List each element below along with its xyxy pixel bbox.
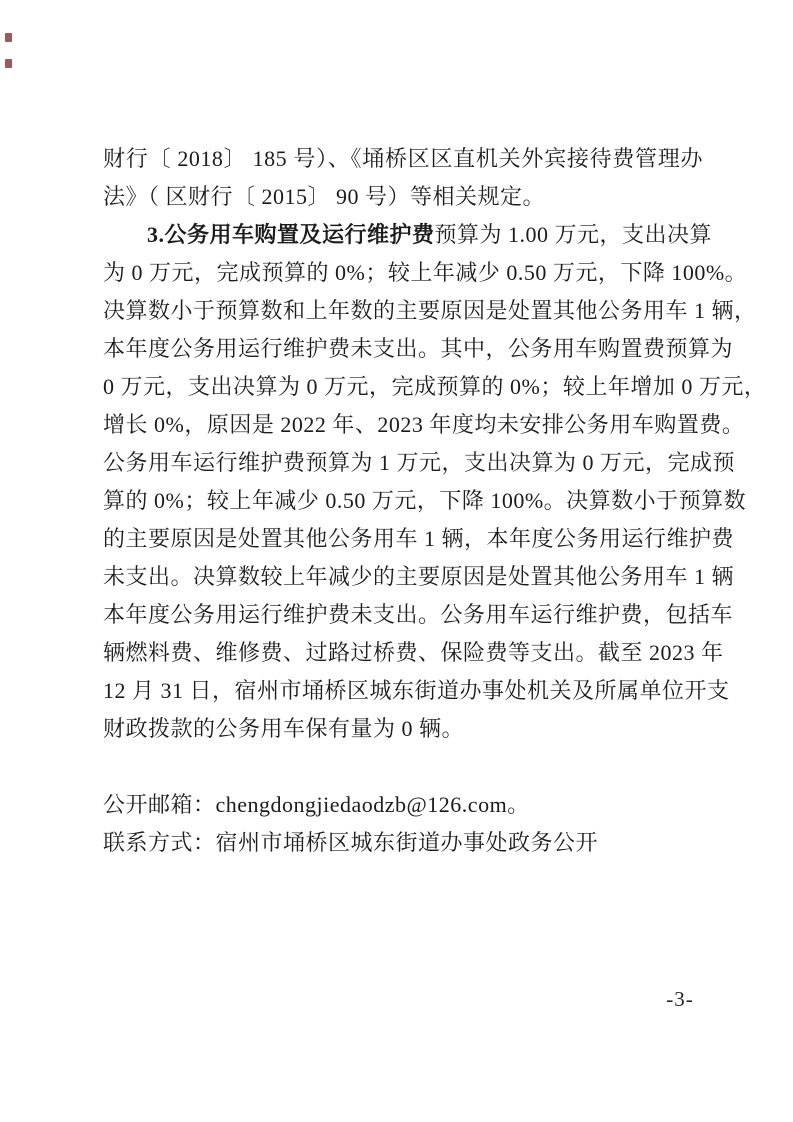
text-line: 财行〔 2018〕 185 号）、《埇桥区区直机关外宾接待费管理办: [103, 140, 703, 178]
text-line: 决算数小于预算数和上年数的主要原因是处置其他公务用车 1 辆，: [103, 292, 703, 330]
text-line: 本年度公务用运行维护费未支出。公务用车运行维护费，包括车: [103, 596, 703, 634]
text-line: 的主要原因是处置其他公务用车 1 辆，本年度公务用运行维护费: [103, 520, 703, 558]
text-line: 12 月 31 日，宿州市埇桥区城东街道办事处机关及所属单位开支: [103, 672, 703, 710]
document-page: 财行〔 2018〕 185 号）、《埇桥区区直机关外宾接待费管理办 法》（ 区财…: [0, 0, 793, 1122]
blank-line: [103, 748, 703, 786]
section3-body: 为 0 万元，完成预算的 0%；较上年减少 0.50 万元，下降 100%。决算…: [103, 254, 703, 748]
page-number: -3-: [650, 985, 710, 1013]
public-email-line: 公开邮箱：chengdongjiedaodzb@126.com。: [103, 786, 703, 824]
text-line: 为 0 万元，完成预算的 0%；较上年减少 0.50 万元，下降 100%。: [103, 254, 703, 292]
red-stray-mark: [5, 33, 12, 42]
text-line: 增长 0%，原因是 2022 年、2023 年度均未安排公务用车购置费。: [103, 406, 703, 444]
text-line: 0 万元，支出决算为 0 万元，完成预算的 0%；较上年增加 0 万元，: [103, 368, 703, 406]
contact-method-line: 联系方式：宿州市埇桥区城东街道办事处政务公开: [103, 824, 703, 862]
text-line: 算的 0%；较上年减少 0.50 万元，下降 100%。决算数小于预算数: [103, 482, 703, 520]
text-line: 财政拨款的公务用车保有量为 0 辆。: [103, 710, 703, 748]
text-line: 辆燃料费、维修费、过路过桥费、保险费等支出。截至 2023 年: [103, 634, 703, 672]
section3-heading: 3.公务用车购置及运行维护费: [147, 222, 435, 247]
red-stray-mark: [5, 59, 12, 68]
text-line: 法》（ 区财行〔 2015〕 90 号）等相关规定。: [103, 178, 703, 216]
section3-heading-rest: 预算为 1.00 万元，支出决算: [435, 222, 713, 247]
document-body: 财行〔 2018〕 185 号）、《埇桥区区直机关外宾接待费管理办 法》（ 区财…: [103, 140, 703, 862]
text-line: 公务用车运行维护费预算为 1 万元，支出决算为 0 万元，完成预: [103, 444, 703, 482]
text-line: 未支出。决算数较上年减少的主要原因是处置其他公务用车 1 辆: [103, 558, 703, 596]
text-line: 本年度公务用运行维护费未支出。其中，公务用车购置费预算为: [103, 330, 703, 368]
section3-heading-line: 3.公务用车购置及运行维护费预算为 1.00 万元，支出决算: [103, 216, 703, 254]
